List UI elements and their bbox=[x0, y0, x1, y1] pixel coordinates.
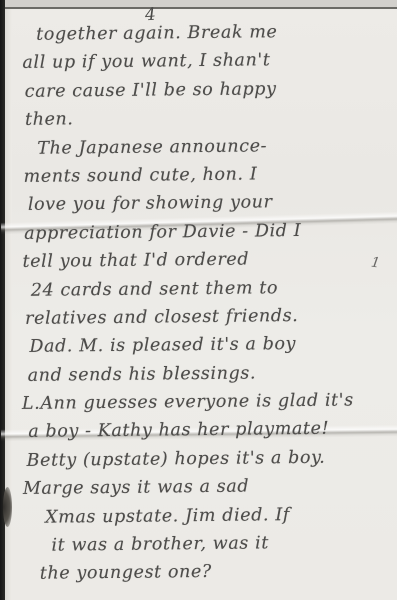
letter-line: The Japanese announce- bbox=[11, 135, 391, 167]
letter-line: care cause I'll be so happy bbox=[11, 78, 391, 110]
letter-line: Marge says it was a sad bbox=[15, 475, 395, 507]
scan-top-band bbox=[4, 0, 397, 7]
letter-line: together again. Break me bbox=[10, 21, 390, 53]
letter-line: all up if you want, I shan't bbox=[10, 49, 390, 81]
letter-paper: 4 together again. Break me all up if you… bbox=[5, 7, 397, 600]
letter-line: appreciation for Davie - Did I bbox=[12, 220, 392, 252]
letter-line: 24 cards and sent them to bbox=[13, 277, 393, 309]
letter-line: relatives and closest friends. bbox=[13, 305, 393, 337]
letter-line: love you for showing your bbox=[12, 191, 392, 223]
letter-line: Xmas upstate. Jim died. If bbox=[15, 504, 395, 536]
edge-blemish bbox=[3, 487, 12, 527]
letter-line: and sends his blessings. bbox=[14, 362, 394, 394]
page-number: 4 bbox=[144, 5, 156, 26]
letter-line: L.Ann guesses everyone is glad it's bbox=[14, 390, 394, 422]
letter-line: Dad. M. is pleased it's a boy bbox=[13, 333, 393, 365]
letter-line: then. bbox=[11, 106, 391, 138]
letter-line: a boy - Kathy has her playmate! bbox=[14, 418, 394, 450]
letter-line: the youngest one? bbox=[16, 560, 396, 592]
letter-line: tell you that I'd ordered bbox=[12, 248, 392, 280]
scanned-letter-page: 4 together again. Break me all up if you… bbox=[0, 0, 397, 600]
letter-line: Betty (upstate) hopes it's a boy. bbox=[14, 447, 394, 479]
handwritten-text: together again. Break me all up if you w… bbox=[10, 21, 396, 593]
letter-line: ments sound cute, hon. I bbox=[12, 163, 392, 195]
letter-line: it was a brother, was it bbox=[15, 532, 395, 564]
